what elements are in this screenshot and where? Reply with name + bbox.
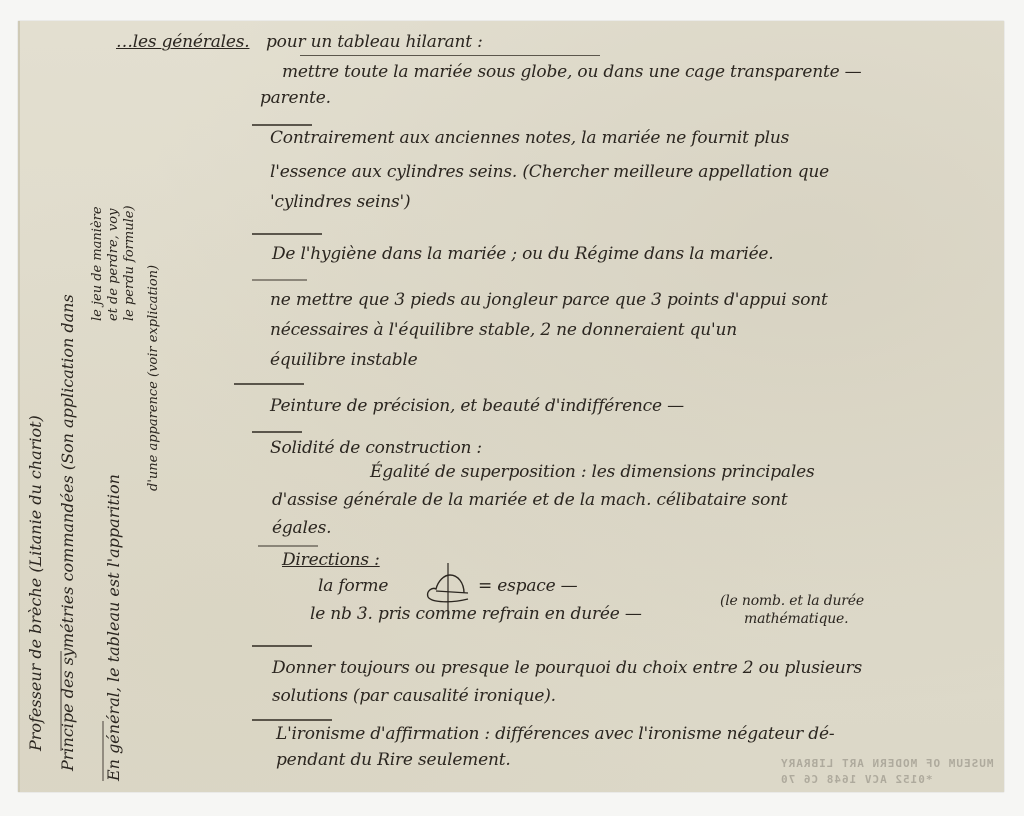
section-divider bbox=[252, 431, 302, 433]
section-divider bbox=[252, 233, 322, 235]
directions-aside-1: (le nomb. et la durée bbox=[720, 593, 864, 610]
margin-note-professeur: Professeur de brèche (Litanie du chariot… bbox=[26, 415, 46, 751]
title-underline bbox=[300, 55, 600, 56]
margin-note-tableau-b: d'une apparence (voir explication) bbox=[146, 265, 162, 491]
solidite-heading: Solidité de construction : bbox=[270, 437, 482, 459]
library-stamp-line-2: *0152 ACV 1648 C6 70 bbox=[780, 773, 932, 786]
jongleur-line-1: ne mettre que 3 pieds au jongleur parce … bbox=[270, 289, 828, 311]
header-line1: mettre toute la mariée sous globe, ou da… bbox=[282, 61, 861, 83]
pourquoi-line-1: Donner toujours ou presque le pourquoi d… bbox=[272, 657, 862, 679]
section-divider bbox=[252, 279, 307, 281]
section-divider bbox=[252, 719, 332, 721]
section-divider bbox=[234, 383, 304, 385]
jongleur-line-2: nécessaires à l'équilibre stable, 2 ne d… bbox=[270, 319, 737, 341]
peinture-line: Peinture de précision, et beauté d'indif… bbox=[270, 395, 684, 417]
library-stamp-line-1: MUSEUM OF MODERN ART LIBRARY bbox=[780, 757, 993, 770]
ironisme-line-2: pendant du Rire seulement. bbox=[276, 749, 511, 771]
ironisme-line-1: L'ironisme d'affirmation : différences a… bbox=[276, 723, 834, 745]
header-left-label: …les générales. bbox=[116, 31, 249, 53]
pourquoi-line-2: solutions (par causalité ironique). bbox=[272, 685, 556, 707]
cylindres-line-2: l'essence aux cylindres seins. (Chercher… bbox=[270, 161, 829, 183]
header-title: pour un tableau hilarant : bbox=[266, 31, 483, 53]
hygiene-line: De l'hygiène dans la mariée ; ou du Régi… bbox=[272, 243, 774, 265]
solidite-line-2: Égalité de superposition : les dimension… bbox=[370, 461, 815, 483]
directions-forme-label: la forme bbox=[318, 575, 388, 597]
solidite-line-3: d'assise générale de la mariée et de la … bbox=[272, 489, 788, 511]
margin-divider bbox=[102, 721, 104, 781]
directions-aside-2: mathématique. bbox=[744, 611, 848, 628]
section-divider bbox=[258, 545, 318, 547]
manuscript-page: …les générales. pour un tableau hilarant… bbox=[18, 21, 1004, 792]
section-divider bbox=[252, 124, 312, 126]
header-line1-continued: parente. bbox=[260, 87, 331, 109]
margin-note-principe-b: le jeu de manière bbox=[90, 206, 106, 321]
margin-note-tableau: En général, le tableau est l'apparition bbox=[104, 474, 124, 781]
section-divider bbox=[252, 645, 312, 647]
margin-note-principe-d: le perdu formule) bbox=[122, 205, 138, 321]
margin-divider bbox=[60, 651, 62, 751]
directions-line-2: le nb 3. pris comme refrain en durée — bbox=[310, 603, 642, 625]
jongleur-line-3: équilibre instable bbox=[270, 349, 418, 371]
cylindres-line-1: Contrairement aux anciennes notes, la ma… bbox=[270, 127, 789, 149]
directions-heading: Directions : bbox=[282, 549, 380, 571]
solidite-line-4: égales. bbox=[272, 517, 331, 539]
margin-note-principe-c: et de perdre, voy bbox=[106, 209, 122, 321]
cylindres-line-3: 'cylindres seins') bbox=[270, 191, 410, 213]
directions-forme-equals: = espace — bbox=[478, 575, 577, 597]
